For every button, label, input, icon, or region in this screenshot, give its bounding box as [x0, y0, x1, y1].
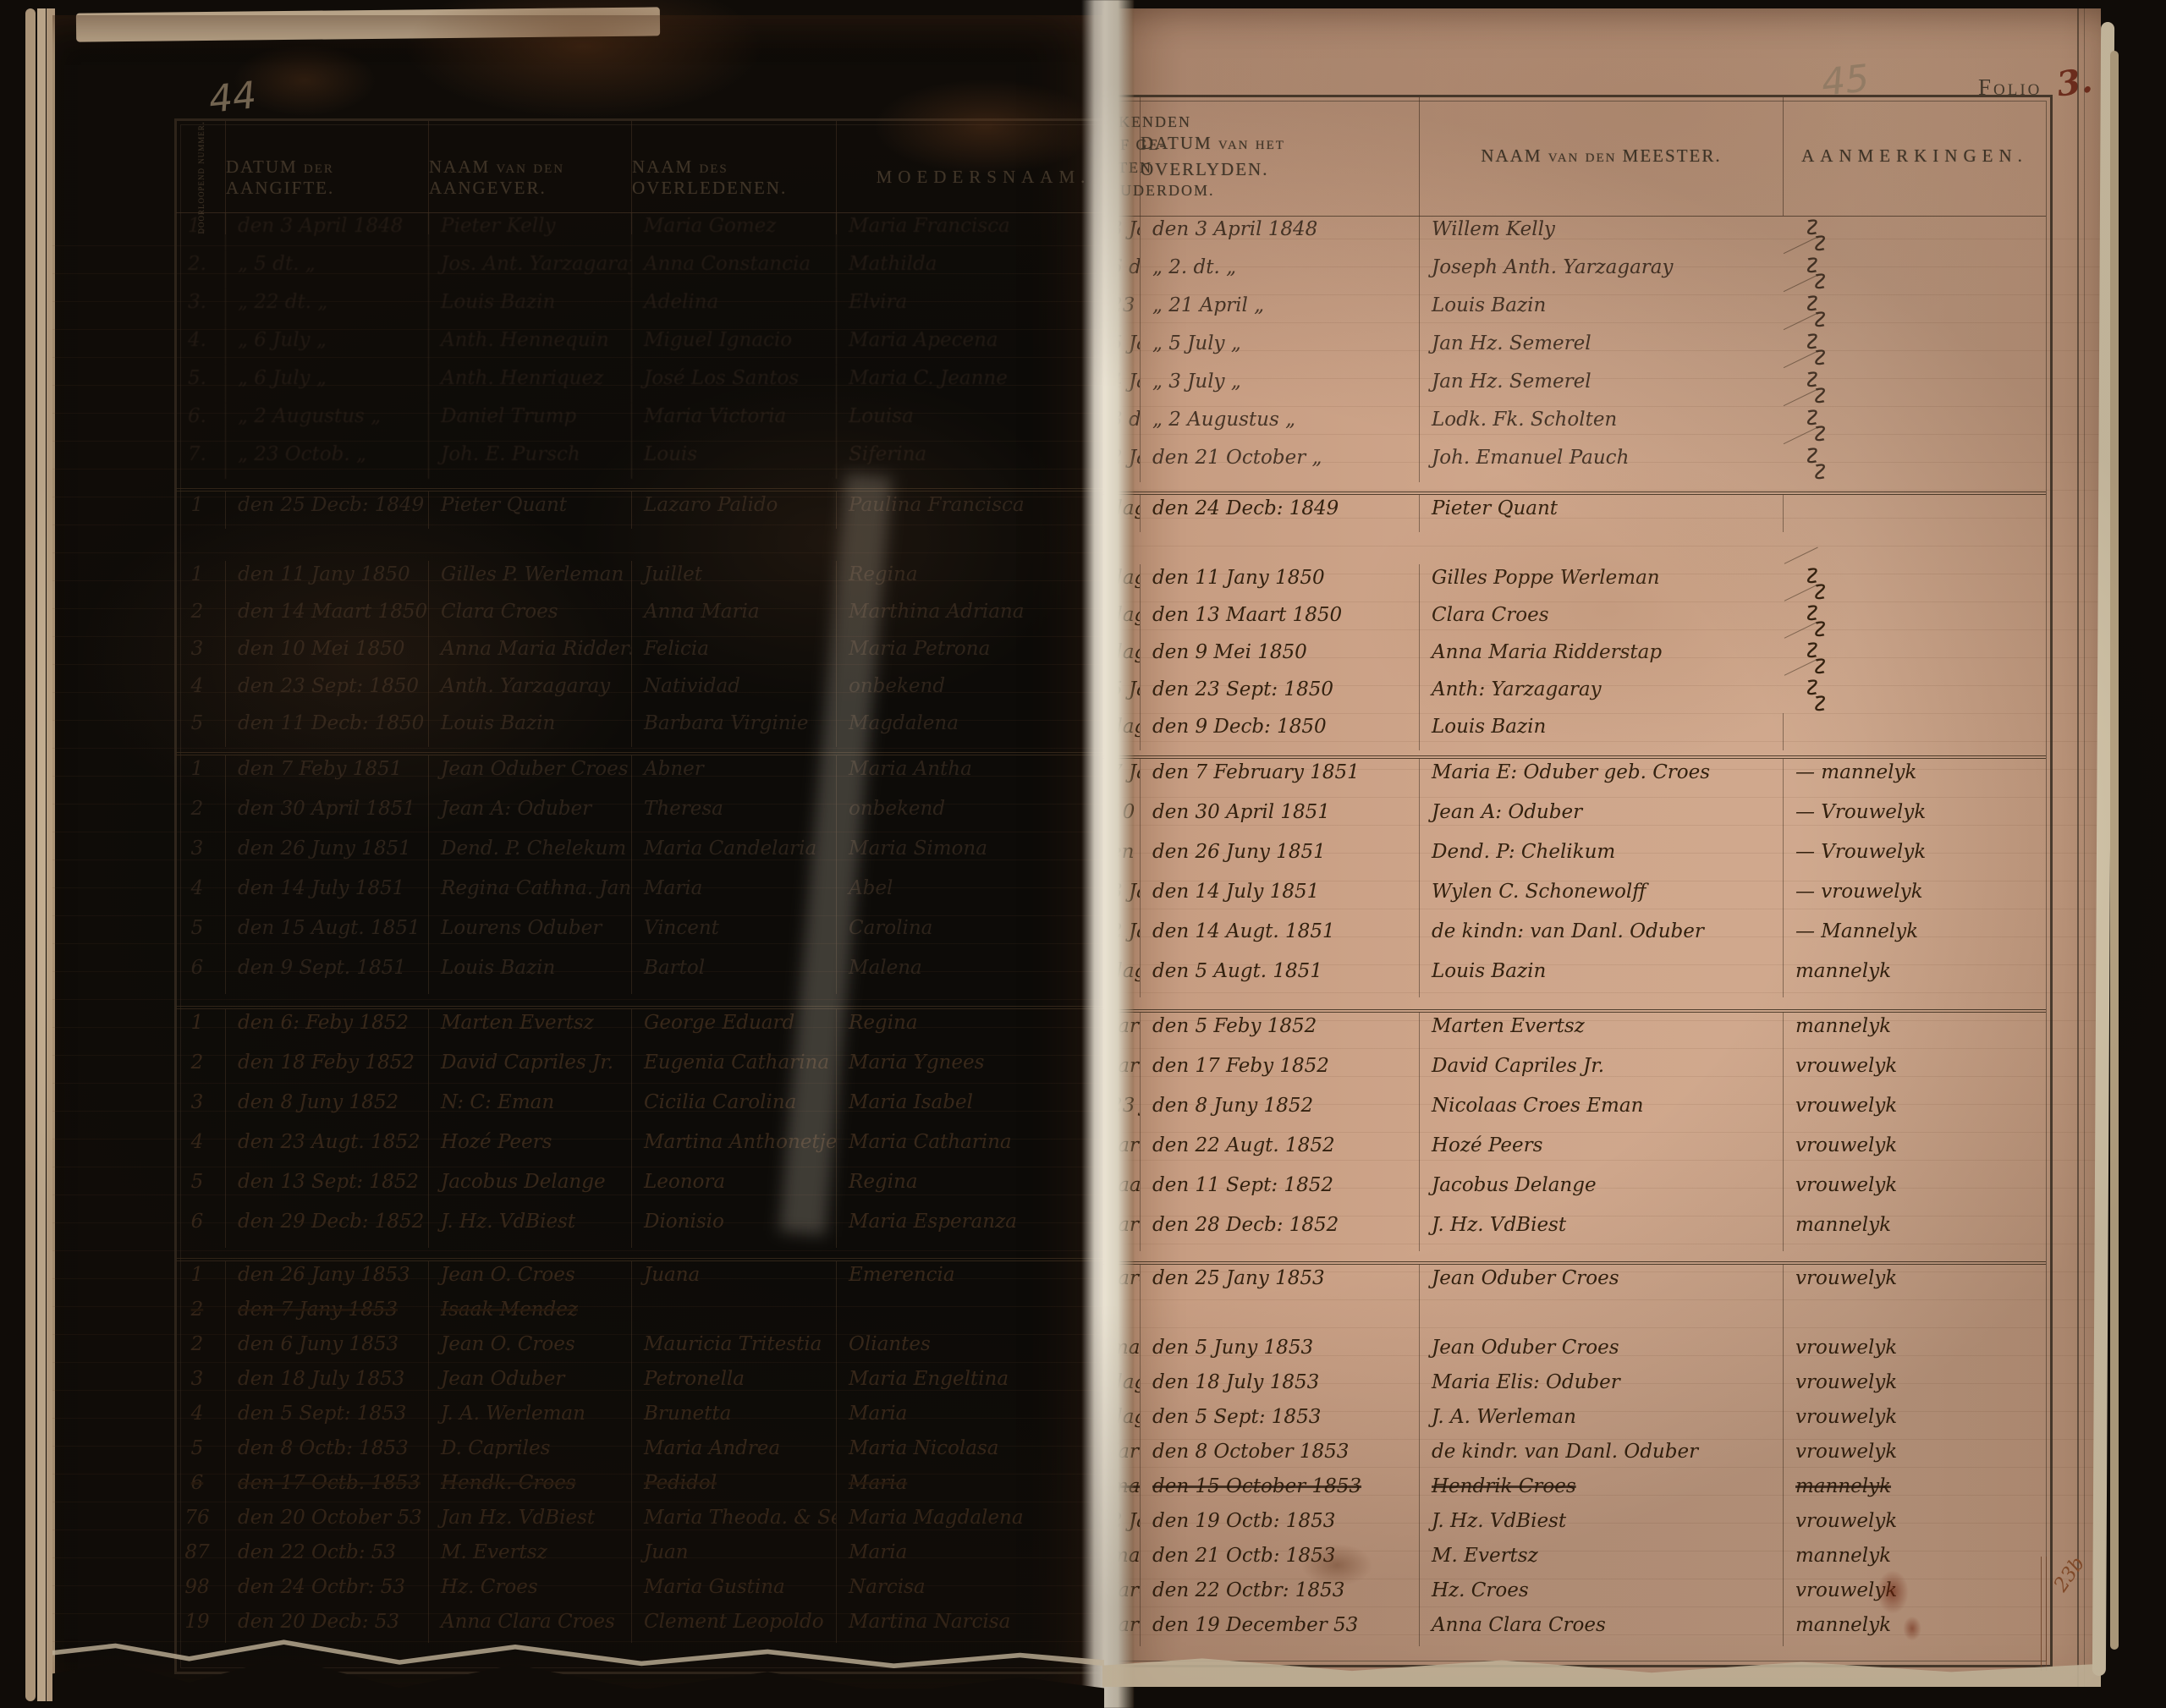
datum-overlyden: „ 5 July „ [1140, 330, 1419, 368]
row-number: 1 [176, 1261, 225, 1296]
row-number: 3 [176, 835, 225, 875]
datum-overlyden: den 3 April 1848 [1140, 216, 1419, 254]
row-number: 98 [176, 1573, 225, 1608]
aanmerking: mannelyk [1783, 1612, 2046, 1646]
year-section-1852: Jarenden 5 Feby 1852Marten Evertszmannel… [1102, 1013, 2046, 1265]
datum-overlyden: den 21 Octb: 1853 [1140, 1542, 1419, 1577]
datum-aangifte: „ 6 July „ [225, 327, 428, 365]
aangever-naam: Louis Bazin [428, 288, 631, 327]
register-row: 2den 30 April 1851Jean A: OduberTheresao… [176, 795, 1104, 835]
aanmerking: mannelyk [1783, 1473, 2046, 1508]
moedersnaam: Maria C. Jeanne [836, 365, 1104, 403]
aanmerking: mannelyk [1783, 1013, 2046, 1052]
overledene-naam: Pedidol [631, 1469, 836, 1504]
row-number: 3 [176, 1089, 225, 1129]
moedersnaam: Carolina [836, 914, 1104, 954]
meester-naam: Wylen C. Schonewolff [1419, 878, 1783, 918]
page-stack-edge [37, 8, 46, 1701]
register-row: 2den 7 Jany 1853Isaak Mendez [176, 1296, 1104, 1331]
overledene-naam: Maria Theoda. & Selena [631, 1504, 836, 1539]
register-row: Jarenden 17 Feby 1852David Capriles Jr.v… [1102, 1052, 2046, 1092]
datum-overlyden: den 24 Decb: 1849 [1140, 495, 1419, 532]
register-row: 76den 20 October 53Jan Hz. VdBiestMaria … [176, 1504, 1104, 1539]
moedersnaam: Regina [836, 1009, 1104, 1049]
datum-aangifte: den 8 Juny 1852 [225, 1089, 428, 1129]
register-row: 5 Jaren„ 5 July „Jan Hz. Semerel∿∿ [1102, 330, 2046, 368]
aanmerking: vrouwelyk [1783, 1334, 2046, 1369]
aangever-naam: Regina Cathna. Jansen [428, 875, 631, 914]
meester-naam: Nicolaas Croes Eman [1419, 1092, 1783, 1132]
register-row: 3 Jarenden 3 April 1848Willem Kelly∿∿ [1102, 216, 2046, 254]
moedersnaam: Malena [836, 954, 1104, 994]
register-row: 1den 7 Feby 1851Jean Oduber CroesAbnerMa… [176, 755, 1104, 795]
meester-naam: Maria E: Oduber geb. Croes [1419, 759, 1783, 799]
aangever-naam: Anna Clara Croes [428, 1608, 631, 1643]
aangever-naam: Louis Bazin [428, 954, 631, 994]
moedersnaam: Maria Ygnees [836, 1049, 1104, 1089]
datum-overlyden: den 22 Octbr: 1853 [1140, 1577, 1419, 1612]
register-row: 5den 13 Sept: 1852Jacobus DelangeLeonora… [176, 1168, 1104, 1208]
datum-overlyden: „ 21 April „ [1140, 292, 1419, 330]
meester-naam: Pieter Quant [1419, 495, 1783, 532]
datum-overlyden: den 13 Maart 1850 [1140, 601, 1419, 639]
aangever-naam: David Capriles Jr. [428, 1049, 631, 1089]
row-number: 3. [176, 288, 225, 327]
datum-overlyden: den 5 Augt. 1851 [1140, 958, 1419, 997]
left-table-body: 1.den 3 April 1848Pieter KellyMaria Gome… [176, 212, 1104, 1662]
overledene-naam: Juan [631, 1539, 836, 1573]
datum-overlyden: den 5 Feby 1852 [1140, 1013, 1419, 1052]
datum-overlyden: den 15 October 1853 [1140, 1473, 1419, 1508]
pencil-page-number: 44 [206, 74, 258, 122]
datum-overlyden: den 19 December 53 [1140, 1612, 1419, 1646]
year-section-1849-1850: 1den 25 Decb: 1849Pieter QuantLazaro Pal… [176, 492, 1104, 755]
year-section-1853: Jarenden 25 Jany 1853Jean Oduber Croesvr… [1102, 1265, 2046, 1666]
datum-aangifte: den 24 Octbr: 53 [225, 1573, 428, 1608]
aangever-naam: Jean Oduber Croes [428, 755, 631, 795]
datum-aangifte: den 6: Feby 1852 [225, 1009, 428, 1049]
aanmerking: vrouwelyk [1783, 1438, 2046, 1473]
aangever-naam: Anth. Hennequin [428, 327, 631, 365]
register-row: dagenden 11 Jany 1850Gilles Poppe Werlem… [1102, 564, 2046, 601]
register-row: 2 Jarenden 19 Octb: 1853J. Hz. VdBiestvr… [1102, 1508, 2046, 1542]
overledene-naam: Maria Gustina [631, 1573, 836, 1608]
register-row: 1den 25 Decb: 1849Pieter QuantLazaro Pal… [176, 492, 1104, 529]
register-row: maandenden 15 October 1853Hendrik Croesm… [1102, 1473, 2046, 1508]
left-table-header: doorloopend nummer. DATUM der AANGIFTE. … [176, 121, 1104, 213]
datum-overlyden: den 19 Octb: 1853 [1140, 1508, 1419, 1542]
meester-naam: Hozé Peers [1419, 1132, 1783, 1172]
row-number: 1 [176, 492, 225, 529]
datum-aangifte: den 3 April 1848 [225, 212, 428, 250]
overledene-naam: Juana [631, 1261, 836, 1296]
moedersnaam: Maria Esperanza [836, 1208, 1104, 1248]
meester-naam: M. Evertsz [1419, 1542, 1783, 1577]
meester-naam: Jean Oduber Croes [1419, 1265, 1783, 1299]
meester-naam: de kindr. van Danl. Oduber [1419, 1438, 1783, 1473]
aangever-naam: Joh. E. Pursch [428, 441, 631, 479]
year-section-1851: 7 Jarenden 7 February 1851Maria E: Odube… [1102, 759, 2046, 1013]
meester-naam: Louis Bazin [1419, 292, 1783, 330]
meester-naam: David Capriles Jr. [1419, 1052, 1783, 1092]
overledene-naam: Maria Gomez [631, 212, 836, 250]
datum-aangifte: den 20 Decb: 53 [225, 1608, 428, 1643]
register-row: 6.„ 2 Augustus „Daniel TrumpMaria Victor… [176, 403, 1104, 441]
aangever-naam: Jean O. Croes [428, 1331, 631, 1365]
datum-overlyden: den 11 Jany 1850 [1140, 564, 1419, 601]
aanmerking: — Mannelyk [1783, 918, 2046, 958]
moedersnaam: Maria Magdalena [836, 1504, 1104, 1539]
meester-naam: de kindn: van Danl. Oduber [1419, 918, 1783, 958]
moedersnaam: Emerencia [836, 1261, 1104, 1296]
register-row: maandenden 21 Octb: 1853M. Evertszmannel… [1102, 1542, 2046, 1577]
aangever-naam: Gilles P. Werleman [428, 561, 631, 598]
register-row: 4den 23 Sept: 1850Anth. YarzagarayNativi… [176, 673, 1104, 710]
register-row: 7 Jarenden 7 February 1851Maria E: Odube… [1102, 759, 2046, 799]
register-row: 6den 29 Decb: 1852J. Hz. VdBiestDionisio… [176, 1208, 1104, 1248]
aanmerking: vrouwelyk [1783, 1508, 2046, 1542]
overledene-naam: Petronella [631, 1365, 836, 1400]
register-row: Jarenden 28 Decb: 1852J. Hz. VdBiestmann… [1102, 1211, 2046, 1251]
aangever-naam: Jean Oduber [428, 1365, 631, 1400]
datum-aangifte: den 5 Sept: 1853 [225, 1400, 428, 1435]
register-row: 1den 26 Jany 1853Jean O. CroesJuanaEmere… [176, 1261, 1104, 1296]
aangever-naam: Dend. P. Chelekum [428, 835, 631, 875]
register-row: 5den 11 Decb: 1850Louis BazinBarbara Vir… [176, 710, 1104, 747]
overledene-naam: Maria [631, 875, 836, 914]
register-row: 4den 5 Sept: 1853J. A. WerlemanBrunettaM… [176, 1400, 1104, 1435]
register-row: Jaarden 11 Sept: 1852Jacobus Delangevrou… [1102, 1172, 2046, 1211]
register-row: 6den 9 Sept. 1851Louis BazinBartolMalena [176, 954, 1104, 994]
register-row: 1.den 3 April 1848Pieter KellyMaria Gome… [176, 212, 1104, 250]
register-row: 2den 14 Maart 1850Clara CroesAnna MariaM… [176, 598, 1104, 635]
aangever-naam: Louis Bazin [428, 710, 631, 747]
datum-aangifte: den 6 Juny 1853 [225, 1331, 428, 1365]
aangever-naam: Lourens Oduber [428, 914, 631, 954]
register-row: Jarenden 5 Feby 1852Marten Evertszmannel… [1102, 1013, 2046, 1052]
aangever-naam: Isaak Mendez [428, 1296, 631, 1331]
register-row: 3.„ 22 dt. „Louis BazinAdelinaElvira [176, 288, 1104, 327]
datum-aangifte: den 11 Decb: 1850 [225, 710, 428, 747]
moedersnaam: Maria Simona [836, 835, 1104, 875]
register-row: dagenden 13 Maart 1850Clara Croes∿∿ [1102, 601, 2046, 639]
overledene-naam: Theresa [631, 795, 836, 835]
header-naam-meester: NAAM van den MEESTER. [1419, 97, 1783, 216]
register-row: dagenden 18 July 1853Maria Elis: Oduberv… [1102, 1369, 2046, 1403]
register-row: 6den 17 Octb. 1853Hendk. CroesPedidolMar… [176, 1469, 1104, 1504]
register-row: 23 Jarenden 8 Juny 1852Nicolaas Croes Em… [1102, 1092, 2046, 1132]
overledene-naam: Maria Andrea [631, 1435, 836, 1469]
datum-aangifte: den 7 Feby 1851 [225, 755, 428, 795]
datum-aangifte: den 30 April 1851 [225, 795, 428, 835]
register-row: dagenden 9 Mei 1850Anna Maria Ridderstap… [1102, 639, 2046, 676]
datum-aangifte: „ 22 dt. „ [225, 288, 428, 327]
register-row: maandenden 5 Juny 1853Jean Oduber Croesv… [1102, 1334, 2046, 1369]
register-row: 87den 22 Octb: 53M. EvertszJuanMaria [176, 1539, 1104, 1573]
row-number: 19 [176, 1608, 225, 1643]
datum-overlyden: den 22 Augt. 1852 [1140, 1132, 1419, 1172]
datum-aangifte: den 17 Octb. 1853 [225, 1469, 428, 1504]
register-row: 4.„ 6 July „Anth. HennequinMiguel Ignaci… [176, 327, 1104, 365]
aanmerking: mannelyk [1783, 1211, 2046, 1251]
aangever-naam: Jos. Ant. Yarzagaray [428, 250, 631, 288]
overledene-naam: Maria Victoria [631, 403, 836, 441]
datum-overlyden: den 5 Juny 1853 [1140, 1334, 1419, 1369]
year-section-1851: 1den 7 Feby 1851Jean Oduber CroesAbnerMa… [176, 755, 1104, 1009]
row-number: 2. [176, 250, 225, 288]
datum-overlyden: den 21 October „ [1140, 444, 1419, 482]
row-number: 4 [176, 1129, 225, 1168]
meester-naam: Joseph Anth. Yarzagaray [1419, 254, 1783, 292]
meester-naam: Clara Croes [1419, 601, 1783, 639]
meester-naam: Hz. Croes [1419, 1577, 1783, 1612]
datum-overlyden: den 28 Decb: 1852 [1140, 1211, 1419, 1251]
datum-overlyden [1140, 1299, 1419, 1334]
datum-aangifte: den 18 July 1853 [225, 1365, 428, 1400]
datum-overlyden: den 14 Augt. 1851 [1140, 918, 1419, 958]
meester-naam: Anna Maria Ridderstap [1419, 639, 1783, 676]
row-number: 4. [176, 327, 225, 365]
register-row: Jarenden 19 December 53Anna Clara Croesm… [1102, 1612, 2046, 1646]
aangever-naam: Clara Croes [428, 598, 631, 635]
moedersnaam: Maria Antha [836, 755, 1104, 795]
aanmerking: vrouwelyk [1783, 1052, 2046, 1092]
register-row: 5 Jarenden 23 Sept: 1850Anth: Yarzagaray… [1102, 676, 2046, 713]
aangever-naam: Hozé Peers [428, 1129, 631, 1168]
overledene-naam: Adelina [631, 288, 836, 327]
register-row: 2den 6 Juny 1853Jean O. CroesMauricia Tr… [176, 1331, 1104, 1365]
datum-overlyden: den 30 April 1851 [1140, 799, 1419, 838]
meester-naam: Louis Bazin [1419, 958, 1783, 997]
overledene-naam: Brunetta [631, 1400, 836, 1435]
header-aanmerkingen: AANMERKINGEN. [1783, 97, 2046, 216]
row-number: 3 [176, 1365, 225, 1400]
datum-overlyden: den 25 Jany 1853 [1140, 1265, 1419, 1299]
moedersnaam [836, 1296, 1104, 1331]
register-row: 10 „den 30 April 1851Jean A: Oduber— Vro… [1102, 799, 2046, 838]
aangever-naam: Anth. Yarzagaray [428, 673, 631, 710]
register-row: Jaren 7 mdden 22 Octbr: 1853Hz. Croesvro… [1102, 1577, 2046, 1612]
datum-aangifte: „ 23 Octob. „ [225, 441, 428, 479]
aangever-naam: J. Hz. VdBiest [428, 1208, 631, 1248]
page-edge-rule [2077, 8, 2085, 1687]
row-number: 7. [176, 441, 225, 479]
aanmerking: vrouwelyk [1783, 1172, 2046, 1211]
book-spine-gutter [1081, 0, 1134, 1708]
aanmerking: vrouwelyk [1783, 1092, 2046, 1132]
meester-naam: J. Hz. VdBiest [1419, 1211, 1783, 1251]
year-section-1849-1850: dagenden 24 Decb: 1849Pieter Quantdagend… [1102, 495, 2046, 759]
moedersnaam: Maria [836, 1400, 1104, 1435]
meester-naam: J. A. Werleman [1419, 1403, 1783, 1438]
register-row: 4den 23 Augt. 1852Hozé PeersMartina Anth… [176, 1129, 1104, 1168]
meester-naam: Maria Elis: Oduber [1419, 1369, 1783, 1403]
aangever-naam: D. Capriles [428, 1435, 631, 1469]
left-page: 44 doorloopend nummer. DATUM der AANGIFT… [52, 15, 1104, 1689]
overledene-naam: Barbara Virginie [631, 710, 836, 747]
register-row: 2 Jarenden 14 Augt. 1851de kindn: van Da… [1102, 918, 2046, 958]
datum-overlyden: den 9 Mei 1850 [1140, 639, 1419, 676]
aangever-naam: Jan Hz. VdBiest [428, 1504, 631, 1539]
datum-overlyden: den 7 February 1851 [1140, 759, 1419, 799]
meester-naam: Anth: Yarzagaray [1419, 676, 1783, 713]
datum-overlyden: den 17 Feby 1852 [1140, 1052, 1419, 1092]
aanmerking [1783, 1299, 2046, 1334]
register-row: 3den 10 Mei 1850Anna Maria RidderstapFel… [176, 635, 1104, 673]
year-section-1848: 3 Jarenden 3 April 1848Willem Kelly∿∿6 d… [1102, 216, 2046, 495]
moedersnaam: Maria Francisca [836, 212, 1104, 250]
datum-overlyden: den 23 Sept: 1850 [1140, 676, 1419, 713]
row-number: 5 [176, 1168, 225, 1208]
datum-aangifte: den 22 Octb: 53 [225, 1539, 428, 1573]
register-row: 2.„ 5 dt. „Jos. Ant. YarzagarayAnna Cons… [176, 250, 1104, 288]
aangever-naam: Hendk. Croes [428, 1469, 631, 1504]
moedersnaam: Maria Isabel [836, 1089, 1104, 1129]
year-section-1848: 1.den 3 April 1848Pieter KellyMaria Gome… [176, 212, 1104, 492]
moedersnaam: Magdalena [836, 710, 1104, 747]
meester-naam: Louis Bazin [1419, 713, 1783, 750]
register-row: dagenden 5 Augt. 1851Louis Bazinmannelyk [1102, 958, 2046, 997]
register-row: dagenden 5 Sept: 1853J. A. Werlemanvrouw… [1102, 1403, 2046, 1438]
meester-naam: Anna Clara Croes [1419, 1612, 1783, 1646]
register-row: 4den 14 July 1851Regina Cathna. JansenMa… [176, 875, 1104, 914]
overledene-naam: Miguel Ignacio [631, 327, 836, 365]
header-datum-overlyden: DATUM van het OVERLYDEN. [1140, 97, 1419, 216]
meester-naam: Gilles Poppe Werleman [1419, 564, 1783, 601]
meester-naam: Willem Kelly [1419, 216, 1783, 254]
moedersnaam: Siferina [836, 441, 1104, 479]
row-number: 2 [176, 1331, 225, 1365]
datum-aangifte: „ 5 dt. „ [225, 250, 428, 288]
overledene-naam: Clement Leopoldo [631, 1608, 836, 1643]
row-number: 1 [176, 755, 225, 795]
moedersnaam: Regina [836, 1168, 1104, 1208]
overledene-naam: Juillet [631, 561, 836, 598]
register-row: 1den 11 Jany 1850Gilles P. WerlemanJuill… [176, 561, 1104, 598]
datum-aangifte: den 14 July 1851 [225, 875, 428, 914]
row-number: 4 [176, 875, 225, 914]
meester-naam: Marten Evertsz [1419, 1013, 1783, 1052]
register-row: 3 Jarenden 14 July 1851Wylen C. Schonewo… [1102, 878, 2046, 918]
datum-overlyden: „ 2 Augustus „ [1140, 406, 1419, 444]
aangever-naam: J. A. Werleman [428, 1400, 631, 1435]
overledene-naam: Lazaro Palido [631, 492, 836, 529]
datum-aangifte: den 25 Decb: 1849 [225, 492, 428, 529]
overledene-naam: Anna Constancia [631, 250, 836, 288]
meester-naam: Jan Hz. Semerel [1419, 330, 1783, 368]
datum-aangifte: den 8 Octb: 1853 [225, 1435, 428, 1469]
aangever-naam: Anna Maria Ridderstap [428, 635, 631, 673]
register-row: 5.„ 6 July „Anth. HenriquezJosé Los Sant… [176, 365, 1104, 403]
overledene-naam [631, 1296, 836, 1331]
year-section-1853: 1den 26 Jany 1853Jean O. CroesJuanaEmere… [176, 1261, 1104, 1662]
aangever-naam: Anth. Henriquez [428, 365, 631, 403]
meester-naam: Lodk. Fk. Scholten [1419, 406, 1783, 444]
overledene-naam: Abner [631, 755, 836, 795]
datum-aangifte: den 9 Sept. 1851 [225, 954, 428, 994]
row-number: 6 [176, 954, 225, 994]
register-row: Jarenden 22 Augt. 1852Hozé Peersvrouwely… [1102, 1132, 2046, 1172]
overledene-naam: Natividad [631, 673, 836, 710]
folio-number: 3. [2054, 60, 2095, 104]
datum-aangifte: den 10 Mei 1850 [225, 635, 428, 673]
datum-aangifte: den 18 Feby 1852 [225, 1049, 428, 1089]
datum-overlyden: den 14 July 1851 [1140, 878, 1419, 918]
year-section-1852: 1den 6: Feby 1852Marten EvertszGeorge Ed… [176, 1009, 1104, 1261]
register-row: Jarenden 8 October 1853de kindr. van Dan… [1102, 1438, 2046, 1473]
datum-aangifte: den 23 Augt. 1852 [225, 1129, 428, 1168]
register-row: 2den 18 Feby 1852David Capriles Jr.Eugen… [176, 1049, 1104, 1089]
register-row: 7.„ 23 Octob. „Joh. E. PurschLouisSiferi… [176, 441, 1104, 479]
overledene-naam: Mauricia Tritestia [631, 1331, 836, 1365]
aanmerking: mannelyk [1783, 958, 2046, 997]
moedersnaam: onbekend [836, 795, 1104, 835]
aanmerking: vrouwelyk [1783, 1265, 2046, 1299]
meester-naam: Jean A: Oduber [1419, 799, 1783, 838]
datum-overlyden: den 9 Decb: 1850 [1140, 713, 1419, 750]
moedersnaam: Abel [836, 875, 1104, 914]
row-number: 1. [176, 212, 225, 250]
row-number: 4 [176, 1400, 225, 1435]
datum-aangifte: den 23 Sept: 1850 [225, 673, 428, 710]
margin-rule [2041, 1557, 2047, 1671]
datum-aangifte: den 11 Jany 1850 [225, 561, 428, 598]
row-number: 2 [176, 795, 225, 835]
moedersnaam: Maria Apecena [836, 327, 1104, 365]
overledene-naam: José Los Santos [631, 365, 836, 403]
row-number: 76 [176, 1504, 225, 1539]
meester-naam: Dend. P: Chelikum [1419, 838, 1783, 878]
register-row: 98den 24 Octbr: 53Hz. CroesMaria Gustina… [176, 1573, 1104, 1608]
moedersnaam: Maria Catharina [836, 1129, 1104, 1168]
aangever-naam: Marten Evertsz [428, 1009, 631, 1049]
datum-aangifte: den 26 Juny 1851 [225, 835, 428, 875]
meester-naam: Jan Hz. Semerel [1419, 368, 1783, 406]
datum-overlyden: den 11 Sept: 1852 [1140, 1172, 1419, 1211]
register-row: 23 dagen„ 21 April „Louis Bazin∿∿ [1102, 292, 2046, 330]
register-row: 19den 20 Decb: 53Anna Clara CroesClement… [176, 1608, 1104, 1643]
overledene-naam: Felicia [631, 635, 836, 673]
datum-aangifte: den 20 October 53 [225, 1504, 428, 1539]
row-number: 5 [176, 710, 225, 747]
aanmerking: — vrouwelyk [1783, 878, 2046, 918]
register-row: 5den 8 Octb: 1853D. CaprilesMaria Andrea… [176, 1435, 1104, 1469]
register-scan: 44 doorloopend nummer. DATUM der AANGIFT… [0, 0, 2166, 1708]
register-row: Jarenden 25 Jany 1853Jean Oduber Croesvr… [1102, 1265, 2046, 1299]
register-row: 6 dagen„ 2. dt. „Joseph Anth. Yarzagaray… [1102, 254, 2046, 292]
aangever-naam: Jean O. Croes [428, 1261, 631, 1296]
aanmerking: — Vrouwelyk [1783, 838, 2046, 878]
right-page: 45 Folio 3. EKENDEN OF GE- STEN OUDERDOM… [1102, 8, 2101, 1687]
meester-naam [1419, 1299, 1783, 1334]
datum-overlyden: den 18 July 1853 [1140, 1369, 1419, 1403]
datum-overlyden: den 5 Sept: 1853 [1140, 1403, 1419, 1438]
moedersnaam: Maria Nicolasa [836, 1435, 1104, 1469]
aanmerking: — Vrouwelyk [1783, 799, 2046, 838]
right-table-body: 3 Jarenden 3 April 1848Willem Kelly∿∿6 d… [1102, 216, 2046, 1666]
row-number: 2 [176, 598, 225, 635]
datum-aangifte: den 13 Sept: 1852 [225, 1168, 428, 1208]
page-stack-edge [25, 8, 36, 1701]
register-row: dagenden 24 Decb: 1849Pieter Quant [1102, 495, 2046, 532]
aangever-naam: Jacobus Delange [428, 1168, 631, 1208]
row-number: 5 [176, 914, 225, 954]
datum-overlyden: „ 3 July „ [1140, 368, 1419, 406]
register-row: 1den 6: Feby 1852Marten EvertszGeorge Ed… [176, 1009, 1104, 1049]
datum-overlyden: den 8 October 1853 [1140, 1438, 1419, 1473]
datum-overlyden: den 8 Juny 1852 [1140, 1092, 1419, 1132]
moedersnaam: Mathilda [836, 250, 1104, 288]
